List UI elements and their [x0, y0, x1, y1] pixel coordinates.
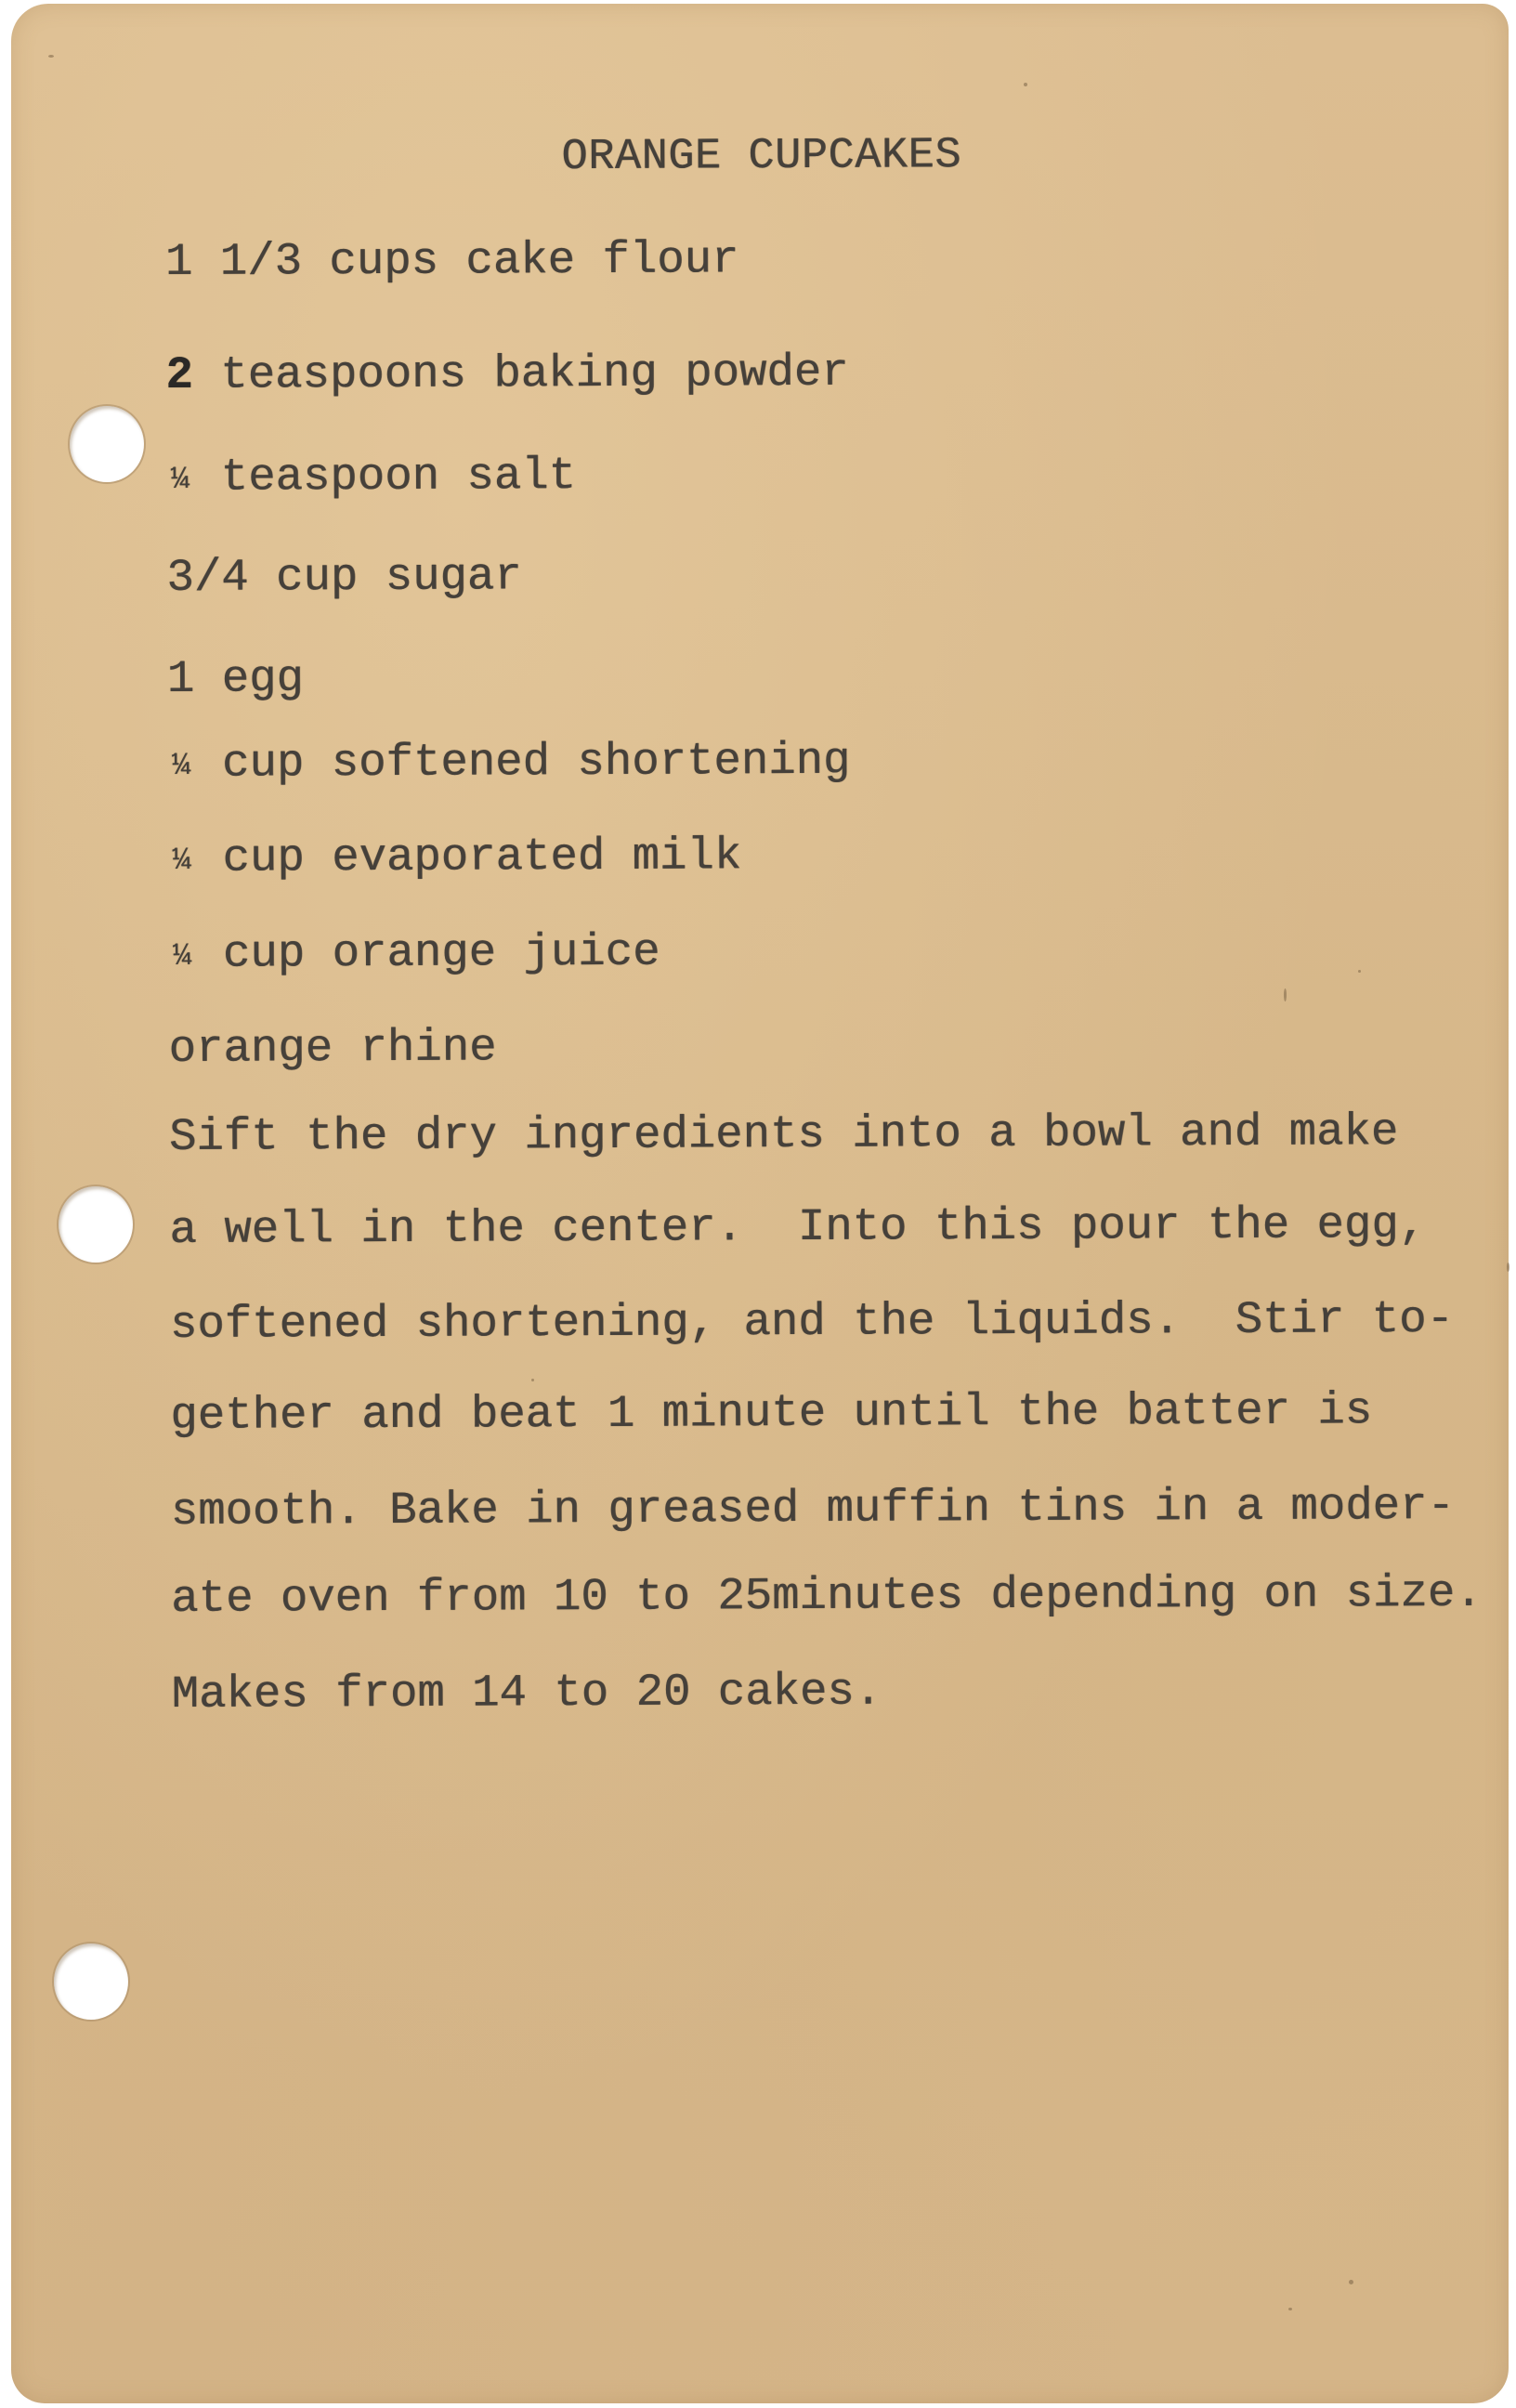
- instruction-line: gether and beat 1 minute until the batte…: [170, 1388, 1372, 1439]
- typed-recipe: ORANGE CUPCAKES 1 1/3 cups cake flour 2 …: [0, 0, 1516, 2408]
- instruction-line: Makes from 14 to 20 cakes.: [172, 1669, 882, 1718]
- instruction-line: smooth. Bake in greased muffin tins in a…: [171, 1484, 1455, 1535]
- ingredient-text: cup softened shortening: [195, 735, 851, 790]
- ingredient-line: 2 teaspoons baking powder: [165, 350, 848, 399]
- ingredient-text: teaspoons baking powder: [193, 347, 849, 401]
- ingredient-amount: 2: [165, 349, 193, 401]
- instruction-line: softened shortening, and the liquids. St…: [170, 1297, 1454, 1348]
- ingredient-line: 1 1/3 cups cake flour: [165, 237, 739, 285]
- ingredient-amount: 3/4: [166, 552, 248, 604]
- instruction-line: Sift the dry ingredients into a bowl and…: [169, 1109, 1398, 1160]
- ingredient-amount: ¼: [168, 845, 196, 877]
- ingredient-line: ¼ cup orange juice: [168, 930, 660, 977]
- ingredient-text: orange rhine: [168, 1021, 496, 1075]
- recipe-title: ORANGE CUPCAKES: [561, 134, 961, 179]
- ingredient-line: 1 egg: [167, 656, 304, 702]
- ingredient-text: cup sugar: [249, 550, 522, 603]
- ingredient-text: egg: [194, 652, 304, 705]
- ingredient-amount: 1: [167, 653, 195, 705]
- ingredient-amount: ¼: [168, 941, 196, 973]
- ingredient-text: teaspoon salt: [193, 450, 576, 504]
- ingredient-line: ¼ cup softened shortening: [167, 739, 850, 787]
- instruction-line: a well in the center. Into this pour the…: [169, 1202, 1426, 1253]
- ingredient-amount: 1 1/3: [165, 235, 302, 288]
- ingredient-amount: ¼: [166, 465, 194, 496]
- ingredient-amount: ¼: [167, 751, 195, 782]
- ingredient-line: ¼ teaspoon salt: [166, 453, 576, 501]
- ingredient-text: cup orange juice: [195, 926, 660, 980]
- ingredient-line: orange rhine: [169, 1025, 497, 1072]
- instruction-line: ate oven from 10 to 25minutes depending …: [171, 1571, 1483, 1622]
- ingredient-line: 3/4 cup sugar: [166, 554, 521, 601]
- ingredient-text: cups cake flour: [302, 233, 739, 287]
- ingredient-line: ¼ cup evaporated milk: [168, 833, 742, 882]
- ingredient-text: cup evaporated milk: [195, 830, 741, 884]
